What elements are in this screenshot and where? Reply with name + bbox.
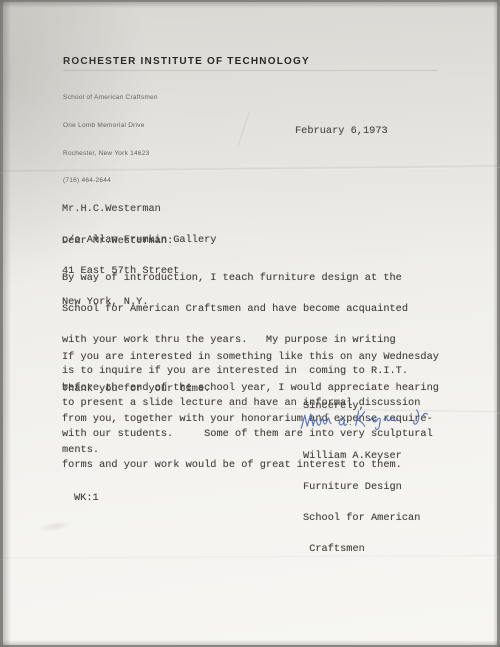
body-line: If you are interested in something like … bbox=[62, 352, 439, 362]
recipient-line: Mr.H.C.Westerman bbox=[62, 204, 216, 214]
date-line: February 6,1973 bbox=[295, 126, 388, 136]
typed-signature-block: William A.Keyser Furniture Design School… bbox=[303, 430, 420, 576]
letterhead-address-line: Rochester, New York 14623 bbox=[63, 149, 158, 158]
signer-title-line: Furniture Design bbox=[303, 482, 420, 492]
signer-title-line: Craftsmen bbox=[303, 544, 420, 554]
salutation-line: Dear Mr.Westerman: bbox=[62, 236, 173, 246]
body-line: School for American Craftsmen and have b… bbox=[62, 304, 433, 314]
typed-signature-name: William A.Keyser bbox=[303, 451, 420, 461]
signer-title-line: School for American bbox=[303, 513, 420, 523]
letterhead-rule bbox=[63, 70, 437, 71]
reference-initials: WK:1 bbox=[74, 493, 99, 503]
letterhead-address-line: One Lomb Memorial Drive bbox=[63, 121, 158, 130]
closing-sentence: Thank you for your time. bbox=[62, 384, 210, 394]
letterhead-org-name: ROCHESTER INSTITUTE OF TECHNOLOGY bbox=[63, 56, 310, 67]
body-line: By way of introduction, I teach furnitur… bbox=[62, 273, 433, 283]
scanned-letter: ROCHESTER INSTITUTE OF TECHNOLOGY School… bbox=[0, 0, 500, 647]
letterhead-address-line: School of American Craftsmen bbox=[63, 93, 158, 102]
